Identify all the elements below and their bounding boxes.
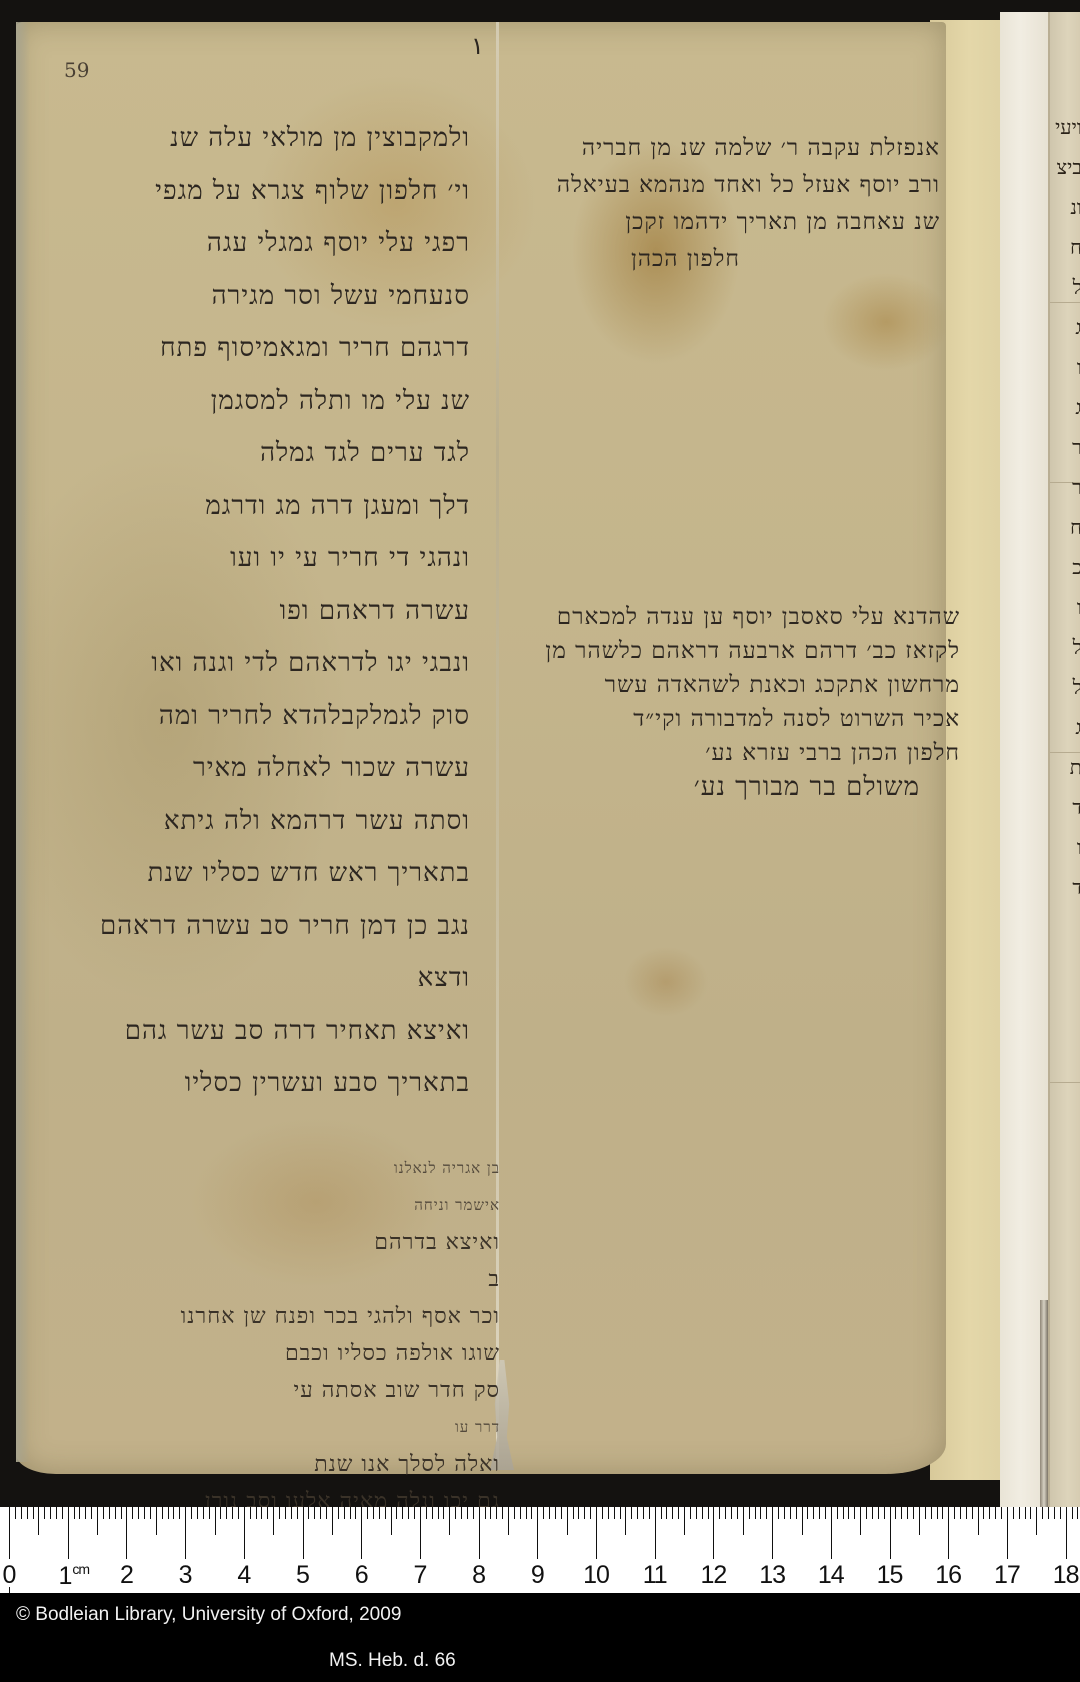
ruler-tick (443, 1507, 444, 1519)
neighbor-glyph: ד (1054, 867, 1080, 907)
neighbor-glyph: ת (1054, 747, 1080, 787)
ruler-label-number: 17 (994, 1561, 1020, 1589)
ruler-tick (884, 1507, 885, 1519)
ruler-label: 5 (296, 1561, 309, 1590)
ruler-tick (85, 1507, 86, 1519)
ruler-tick (91, 1507, 92, 1519)
ruler-tick (725, 1507, 726, 1519)
ruler-tick (620, 1507, 621, 1519)
ruler-tick (215, 1507, 216, 1535)
ruler-tick (848, 1507, 849, 1519)
handwritten-line: בתאריך ראש חדש כסליו שנת (30, 847, 470, 900)
ruler-label-number: 4 (237, 1561, 250, 1589)
ruler-tick (966, 1507, 967, 1519)
ruler-tick (713, 1507, 714, 1559)
handwritten-line: דלך ומעגן דרה מג ודרגמ (30, 480, 470, 533)
ruler-tick (367, 1507, 368, 1519)
ruler-tick (778, 1507, 779, 1519)
ruler-tick (485, 1507, 486, 1519)
neighbor-glyph: ג (1054, 707, 1080, 747)
ruler-tick (760, 1507, 761, 1519)
ruler-tick (531, 1507, 532, 1519)
ruler-label-number: 13 (759, 1561, 785, 1589)
ruler-tick (391, 1507, 392, 1535)
ruler-tick (314, 1507, 315, 1519)
ruler-tick (860, 1507, 861, 1535)
ruler-tick (843, 1507, 844, 1519)
ruler-tick (103, 1507, 104, 1519)
ruler-tick (719, 1507, 720, 1519)
ruler-tick (144, 1507, 145, 1519)
ruler-tick (355, 1507, 356, 1519)
ruler-label-number: 18 (1053, 1561, 1079, 1589)
ruler-tick (702, 1507, 703, 1519)
handwritten-line: שנ עאחבה מן תאריך ידהמו זקכן (520, 204, 940, 241)
neighbor-glyph: ח (1054, 227, 1080, 267)
handwritten-line: חלפון הכהן (520, 241, 940, 278)
right-witness-text: שהדנא עלי סאסבן יוסף ען ענדה למכארםלקזאז… (520, 600, 960, 804)
handwritten-line: ורב יוסף אעזל כל ואחד מנהמא בעיאלה (520, 167, 940, 204)
ruler-tick (414, 1507, 415, 1519)
handwritten-line: שנ עלי מו ותלה למסגמן (30, 375, 470, 428)
ruler-tick (942, 1507, 943, 1519)
ruler-label: 8 (472, 1561, 485, 1590)
ruler-tick (790, 1507, 791, 1519)
ruler-tick (396, 1507, 397, 1519)
ruler-tick (332, 1507, 333, 1535)
ruler-label: 2 (120, 1561, 133, 1590)
ruler-label: 16 (935, 1561, 961, 1590)
handwritten-line: שוגו אולפה כסליו וכבם (40, 1335, 500, 1372)
ruler-tick (625, 1507, 626, 1535)
ruler-label: 6 (355, 1561, 368, 1590)
ruler-tick (1048, 1507, 1049, 1519)
handwritten-line: מרחשון אתקכג וכאנת לשהאדה עשר (520, 668, 960, 702)
ruler-tick (62, 1507, 63, 1519)
ruler-label-number: 16 (935, 1561, 961, 1589)
ruler-label: 13 (759, 1561, 785, 1590)
ruler-tick (1007, 1507, 1008, 1559)
ruler-tick (772, 1507, 773, 1559)
ruler-label-number: 10 (583, 1561, 609, 1589)
ruler-tick (743, 1507, 744, 1535)
neighbor-glyph: ח (1054, 507, 1080, 547)
ruler-tick (132, 1507, 133, 1519)
book-mount-edge (1000, 12, 1052, 1510)
ruler-tick (203, 1507, 204, 1519)
ruler-tick (520, 1507, 521, 1519)
folio-mark: ١ (471, 32, 484, 60)
ruler-tick (643, 1507, 644, 1519)
ruler-tick (21, 1507, 22, 1519)
ruler-tick (291, 1507, 292, 1519)
ruler-tick (637, 1507, 638, 1519)
ruler-tick (115, 1507, 116, 1519)
ruler-tick (267, 1507, 268, 1519)
ruler-tick (708, 1507, 709, 1519)
ruler-tick (502, 1507, 503, 1519)
ruler-tick (672, 1507, 673, 1519)
ruler-tick (361, 1507, 362, 1559)
ruler-tick (56, 1507, 57, 1519)
ruler-label-number: 0 (3, 1561, 16, 1589)
ruler-tick (837, 1507, 838, 1519)
ruler-tick (220, 1507, 221, 1519)
ruler-label: 14 (818, 1561, 844, 1590)
ruler-tick (326, 1507, 327, 1519)
ruler-tick (931, 1507, 932, 1519)
ruler-tick (995, 1507, 996, 1519)
ruler-tick (9, 1507, 10, 1559)
copyright-notice: © Bodleian Library, University of Oxford… (16, 1604, 401, 1626)
ruler-tick (455, 1507, 456, 1519)
ruler-tick (1013, 1507, 1014, 1519)
handwritten-line: וכר אסף ולהגי בכר ופנח שן אחרנו (40, 1298, 500, 1335)
ruler-tick (731, 1507, 732, 1519)
ruler-tick (209, 1507, 210, 1519)
handwritten-line: בן אגריה לנאלנו (40, 1150, 500, 1187)
ruler-tick (350, 1507, 351, 1519)
ruler-tick (426, 1507, 427, 1519)
handwritten-line: ונבגי יגו לדראהם לדי וגנה ואו (30, 637, 470, 690)
ruler-tick (1019, 1507, 1020, 1519)
ruler-tick (185, 1507, 186, 1559)
ruler-tick (473, 1507, 474, 1519)
ruler-unit: cm (72, 1561, 89, 1577)
handwritten-line: ודצא (30, 952, 470, 1005)
handwritten-line: אכיר השרוט לסנה למדבורה וקי״ד (520, 702, 960, 736)
ruler-tick (402, 1507, 403, 1519)
neighbor-glyph: ל (1054, 267, 1080, 307)
handwritten-line: סנעחמי עשל וסר מגירה (30, 270, 470, 323)
ruler-label: 12 (700, 1561, 726, 1590)
ruler-tick (379, 1507, 380, 1519)
ruler-tick (872, 1507, 873, 1519)
ruler-tick (50, 1507, 51, 1519)
ruler-tick (684, 1507, 685, 1535)
ruler-tick (156, 1507, 157, 1535)
handwritten-line: וסתה עשר דרהמא ולה גיתא (30, 795, 470, 848)
ruler-tick (338, 1507, 339, 1519)
ruler-tick (1054, 1507, 1055, 1519)
ruler-tick (655, 1507, 656, 1559)
book-edge-shadow (1040, 1300, 1048, 1510)
ruler-tick (561, 1507, 562, 1519)
ruler-tick (1025, 1507, 1026, 1519)
ruler-tick (373, 1507, 374, 1519)
handwritten-line: לקזאז כב׳ דרהם ארבעה דראהם כלשהר מן (520, 634, 960, 668)
ruler-tick (567, 1507, 568, 1535)
ruler-tick (960, 1507, 961, 1519)
ruler-tick (15, 1507, 16, 1519)
ruler-label: 11 (643, 1561, 667, 1590)
ruler-tick (978, 1507, 979, 1535)
ruler-label: 15 (877, 1561, 903, 1590)
ruler-tick (68, 1507, 69, 1559)
centimeter-ruler: 01cm23456789101112131415161718 (0, 1507, 1080, 1593)
leaf-left-edge (16, 22, 30, 1462)
ruler-tick (1066, 1507, 1067, 1559)
neighbor-glyph: ו (1054, 347, 1080, 387)
neighbor-glyph: ל (1054, 627, 1080, 667)
handwritten-line: וי׳ חלפון שלוף צגרא על מגפי (30, 165, 470, 218)
ruler-tick (573, 1507, 574, 1519)
ruler-label: 18 (1053, 1561, 1079, 1590)
ruler-label: 10 (583, 1561, 609, 1590)
ruler-label-number: 15 (877, 1561, 903, 1589)
handwritten-line: רפגי עלי יוסף גמגלי עגה (30, 217, 470, 270)
ruler-tick (913, 1507, 914, 1519)
handwritten-line: ב (40, 1261, 500, 1298)
page-strip-divider (1050, 1082, 1080, 1083)
ruler-label-number: 5 (296, 1561, 309, 1589)
ruler-tick (1001, 1507, 1002, 1519)
ruler-label-number: 6 (355, 1561, 368, 1589)
ruler-tick (97, 1507, 98, 1535)
ruler-label-number: 14 (818, 1561, 844, 1589)
ruler-tick (308, 1507, 309, 1519)
ruler-tick (907, 1507, 908, 1519)
left-column-text: ולמקבוצין מן מולאי עלה שנוי׳ חלפון שלוף … (30, 112, 470, 1110)
ruler-label: 3 (179, 1561, 192, 1590)
neighbor-glyph: ר (1054, 427, 1080, 467)
folio-number: 59 (64, 58, 89, 82)
ruler-label-number: 2 (120, 1561, 133, 1589)
ruler-tick (895, 1507, 896, 1519)
ruler-tick (162, 1507, 163, 1519)
ruler-tick (385, 1507, 386, 1519)
ruler-tick (878, 1507, 879, 1519)
handwritten-line: אנפזלת עקבה ר׳ שלמה שנ מן חבריה (520, 130, 940, 167)
ruler-tick (109, 1507, 110, 1519)
ruler-tick (537, 1507, 538, 1559)
neighbor-glyph: ויעי (1054, 107, 1080, 147)
neighbor-glyph: ונ (1054, 187, 1080, 227)
neighbor-glyph: ו (1054, 587, 1080, 627)
neighbor-glyph: ו (1054, 827, 1080, 867)
ruler-tick (1077, 1507, 1078, 1519)
ruler-tick (438, 1507, 439, 1519)
ruler-tick (256, 1507, 257, 1519)
neighbor-glyph: ד (1054, 787, 1080, 827)
ruler-tick (238, 1507, 239, 1519)
ruler-label-number: 3 (179, 1561, 192, 1589)
ruler-tick (766, 1507, 767, 1519)
ruler-tick (919, 1507, 920, 1535)
ruler-tick (1030, 1507, 1031, 1519)
handwritten-line: אישמר וניחה (40, 1187, 500, 1224)
ruler-tick (279, 1507, 280, 1519)
ruler-tick (608, 1507, 609, 1519)
ruler-tick (784, 1507, 785, 1519)
ruler-tick (678, 1507, 679, 1519)
ruler-label-number: 9 (531, 1561, 544, 1589)
ruler-tick (126, 1507, 127, 1559)
neighbor-glyph: ל (1054, 667, 1080, 707)
ruler-tick (649, 1507, 650, 1519)
ruler-tick (197, 1507, 198, 1519)
ruler-tick (261, 1507, 262, 1519)
ruler-tick (490, 1507, 491, 1519)
shelfmark: MS. Heb. d. 66 (329, 1650, 456, 1672)
ruler-tick (954, 1507, 955, 1519)
ruler-tick (807, 1507, 808, 1519)
ruler-label-number: 12 (700, 1561, 726, 1589)
ruler-tick (590, 1507, 591, 1519)
handwritten-line: לגד ערים לגד גמלה (30, 427, 470, 480)
ruler-tick (150, 1507, 151, 1519)
ruler-label: 7 (413, 1561, 426, 1590)
ruler-tick (584, 1507, 585, 1519)
ruler-tick (1042, 1507, 1043, 1519)
neighbor-glyph: ביצ (1054, 147, 1080, 187)
ruler-tick (555, 1507, 556, 1519)
ruler-tick (38, 1507, 39, 1535)
ruler-tick (496, 1507, 497, 1519)
ruler-tick (925, 1507, 926, 1519)
handwritten-line: ואיצא תאחיר דרה סב עשר גהם (30, 1005, 470, 1058)
ruler-tick (696, 1507, 697, 1519)
ruler-tick (297, 1507, 298, 1519)
ruler-label: 9 (531, 1561, 544, 1590)
ruler-tick (432, 1507, 433, 1519)
ruler-tick (226, 1507, 227, 1519)
ruler-tick (948, 1507, 949, 1559)
neighboring-page-edge: ויעיביצונחלגוגררחכוללגתדוד (1048, 12, 1080, 1510)
ruler-tick (661, 1507, 662, 1519)
handwritten-line: עשרה שכור לאחלה מאיר (30, 742, 470, 795)
ruler-tick (755, 1507, 756, 1519)
ruler-tick (33, 1507, 34, 1519)
ruler-tick (526, 1507, 527, 1519)
ruler-tick (320, 1507, 321, 1519)
ruler-tick (232, 1507, 233, 1519)
ruler-tick (937, 1507, 938, 1519)
handwritten-line: שהדנא עלי סאסבן יוסף ען ענדה למכארם (520, 600, 960, 634)
handwritten-line: דרר עו (40, 1409, 500, 1446)
ruler-tick (191, 1507, 192, 1519)
handwritten-line: סק חדר שוב אסתה עי (40, 1372, 500, 1409)
ruler-tick (972, 1507, 973, 1519)
ruler-tick (819, 1507, 820, 1519)
neighbor-glyph: כ (1054, 547, 1080, 587)
ruler-tick (273, 1507, 274, 1535)
ruler-tick (244, 1507, 245, 1559)
handwritten-line: דרגהם חריר ומגאמיסוף פתח (30, 322, 470, 375)
ruler-tick (749, 1507, 750, 1519)
neighbor-page-text: ויעיביצונחלגוגררחכוללגתדוד (1054, 107, 1080, 907)
ruler-tick (44, 1507, 45, 1519)
ruler-tick (285, 1507, 286, 1519)
ruler-label: 1cm (59, 1561, 90, 1591)
ruler-tick (631, 1507, 632, 1519)
ruler-tick (602, 1507, 603, 1519)
handwritten-line: סוק לגמלקבלהדא לחריר ומה (30, 690, 470, 743)
ruler-label-number: 11 (643, 1561, 667, 1589)
ruler-tick (549, 1507, 550, 1519)
ruler-tick (250, 1507, 251, 1519)
handwritten-line: עשרה דראהם ופו (30, 585, 470, 638)
ruler-tick (831, 1507, 832, 1559)
ruler-tick (514, 1507, 515, 1519)
ruler-tick (168, 1507, 169, 1519)
ruler-tick (1060, 1507, 1061, 1519)
handwritten-line: ולמקבוצין מן מולאי עלה שנ (30, 112, 470, 165)
handwritten-line: ואיצא בדרהם (40, 1224, 500, 1261)
ruler-tick (461, 1507, 462, 1519)
ruler-tick (825, 1507, 826, 1519)
ruler-tick (578, 1507, 579, 1519)
ruler-tick (802, 1507, 803, 1535)
neighbor-glyph: ג (1054, 387, 1080, 427)
ruler-tick (121, 1507, 122, 1519)
ruler-label-number: 7 (413, 1561, 426, 1589)
ruler-tick (344, 1507, 345, 1519)
ruler-tick (1036, 1507, 1037, 1535)
ruler-label-number: 8 (472, 1561, 485, 1589)
ruler-tick (79, 1507, 80, 1519)
ruler-tick (1072, 1507, 1073, 1519)
ruler-label: 17 (994, 1561, 1020, 1590)
ruler-tick (408, 1507, 409, 1519)
ruler-tick (737, 1507, 738, 1519)
left-lower-notes: בן אגריה לנאלנואישמר וניחהואיצא בדרהםבוכ… (40, 1150, 500, 1520)
ruler-tick (179, 1507, 180, 1519)
ruler-tick (420, 1507, 421, 1559)
handwritten-line: משולם בר מבורך נע׳ (520, 770, 960, 804)
ruler-tick (173, 1507, 174, 1519)
handwritten-line: חלפון הכהן ברבי עזרא נע׳ (520, 736, 960, 770)
ruler-tick (467, 1507, 468, 1519)
ruler-tick (983, 1507, 984, 1519)
ruler-tick (303, 1507, 304, 1559)
ruler-tick (27, 1507, 28, 1519)
ruler-tick (614, 1507, 615, 1519)
ruler-tick (866, 1507, 867, 1519)
handwritten-line: ונהגי די חריר עי יו ועו (30, 532, 470, 585)
ruler-tick (854, 1507, 855, 1519)
neighbor-glyph: ר (1054, 467, 1080, 507)
ruler-tick (901, 1507, 902, 1519)
ruler-label: 4 (237, 1561, 250, 1590)
ruler-tick (666, 1507, 667, 1519)
ruler-tick (74, 1507, 75, 1519)
ruler-tick (138, 1507, 139, 1519)
ruler-tick (796, 1507, 797, 1519)
neighbor-glyph: ג (1054, 307, 1080, 347)
ruler-tick (813, 1507, 814, 1519)
ruler-tick (989, 1507, 990, 1519)
ruler-tick (596, 1507, 597, 1559)
manuscript-scan: ויעיביצונחלגוגררחכוללגתדוד 59 ١ ולמקבוצי… (0, 0, 1080, 1510)
handwritten-line: בתאריך סבע ועשרין כסליו (30, 1057, 470, 1110)
ruler-label-number: 1 (59, 1562, 72, 1590)
ruler-tick (890, 1507, 891, 1559)
caption-bar: © Bodleian Library, University of Oxford… (0, 1593, 1080, 1682)
ruler-tick (543, 1507, 544, 1519)
handwritten-line: ואלה לסלך אנו שנת (40, 1446, 500, 1483)
right-top-deed-text: אנפזלת עקבה ר׳ שלמה שנ מן חבריהורב יוסף … (520, 130, 940, 278)
ruler-tick (508, 1507, 509, 1535)
ruler-tick (690, 1507, 691, 1519)
ruler-tick (449, 1507, 450, 1535)
ruler-tick (479, 1507, 480, 1559)
handwritten-line: נגב כן דמן חריר סב עשרה דראהם (30, 900, 470, 953)
ruler-label: 0 (3, 1561, 16, 1590)
